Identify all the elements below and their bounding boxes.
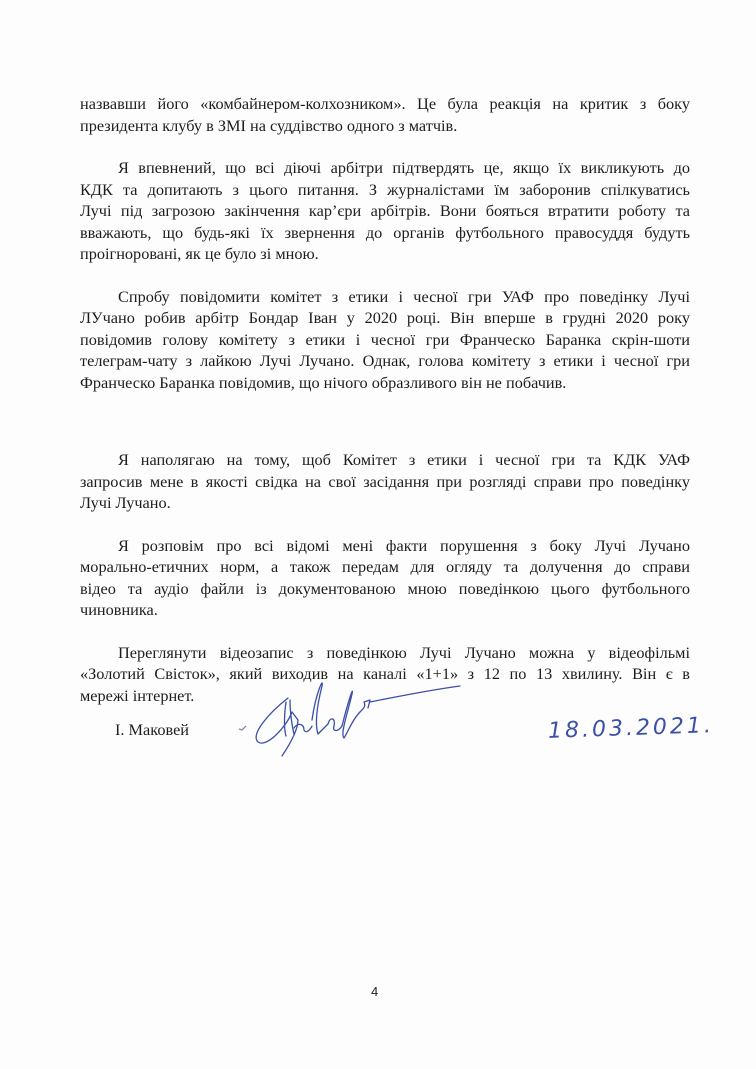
text-line: ЛУчано робив арбітр Бондар Іван у 2020 р… [80,307,690,329]
text-line: запросив мене в якості свідка на свої за… [80,471,690,493]
paragraph-1: назвавши його «комбайнером-колхозником».… [80,93,690,136]
paragraph-5: Я розповім про всі відомі мені факти пор… [80,535,690,621]
page-number: 4 [371,984,378,999]
text-line: Лучі Лучано. [80,492,690,514]
handwritten-signature [240,672,480,762]
paragraph-4: Я наполягаю на тому, щоб Комітет з етики… [80,449,690,514]
document-body: назвавши його «комбайнером-колхозником».… [80,93,690,706]
text-line: телеграм-чату з лайкою Лучі Лучано. Одна… [80,350,690,372]
text-line: вважають, що будь-які їх звернення до ор… [80,222,690,244]
text-line: повідомив голову комітету з етики і чесн… [80,329,690,351]
text-line: Я впевнений, що всі діючі арбітри підтве… [80,157,690,179]
paragraph-3: Спробу повідомити комітет з етики і чесн… [80,286,690,394]
text-line: чиновника. [80,599,690,621]
signatory-name: І. Маковей [115,720,189,740]
signature-date: 18.03.2021. [548,713,715,744]
paragraph-2: Я впевнений, що всі діючі арбітри підтве… [80,157,690,265]
text-line: Переглянути відеозапис з поведінкою Лучі… [80,642,690,664]
text-line: назвавши його «комбайнером-колхозником».… [80,93,690,115]
text-line: КДК та допитають з цього питання. З журн… [80,179,690,201]
text-line: морально-етичних норм, а також передам д… [80,556,690,578]
document-page: назвавши його «комбайнером-колхозником».… [0,0,756,1069]
text-line: Я розповім про всі відомі мені факти пор… [80,535,690,557]
text-line: Спробу повідомити комітет з етики і чесн… [80,286,690,308]
text-line: Я наполягаю на тому, щоб Комітет з етики… [80,449,690,471]
text-line: Франческо Баранка повідомив, що нічого о… [80,372,690,394]
text-line: президента клубу в ЗМІ на суддівство одн… [80,115,690,137]
text-line: проігноровані, як це було зі мною. [80,243,690,265]
text-line: Лучі під загрозою закінчення кар’єри арб… [80,200,690,222]
text-line: відео та аудіо файли із документованою м… [80,578,690,600]
